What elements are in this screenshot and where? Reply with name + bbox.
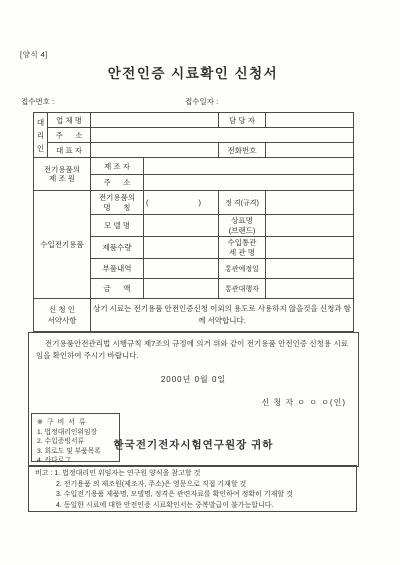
note-item: 2. 전기용품 의 제조원(제조자, 주소)은 영문으로 직접 기재할 것 [56,480,351,491]
applicant-signature: 신 청 자 ㅇ ㅇ ㅇ(인) [261,397,346,408]
model-label: 모 델 명 [91,215,144,237]
product-name-field[interactable]: ( ) [144,191,219,215]
amount-label: 금 액 [91,279,144,299]
maker-address-field[interactable] [144,175,354,191]
required-document-item: 1. 법정대리인위임장 [37,428,119,437]
receipt-number-label: 접수번호 : [21,96,54,107]
parts-label: 부품내역 [91,259,144,279]
notes-prefix: 비고 : [35,470,54,477]
phone-label: 전화번호 [219,143,266,158]
quantity-label: 제품수량 [91,237,144,259]
scanned-form-page: [양식 4] 안전인증 시료확인 신청서 접수번호 : 접수일자 : 대 리 인… [0,0,400,565]
declaration-box: 전기용품안전관리법 시행규칙 제7조의 규정에 의거 위와 같이 전기용품 안전… [28,332,359,467]
required-documents-title: ※ 구 비 서 류 [37,417,119,427]
declaration-text: 전기용품안전관리법 시행규칙 제7조의 규정에 의거 위와 같이 전기용품 안전… [36,338,348,362]
form-number-tag: [양식 4] [20,49,48,60]
quantity-field[interactable] [144,237,219,259]
note-item: 비고 : 1. 법정대리인 위임자는 연구원 양식을 참고할 것 [35,469,351,480]
maker-name-label: 제 조 자 [91,158,144,175]
recipient-line: 한국전기전자시험연구원장 귀하 [29,437,358,452]
phone-field[interactable] [266,143,354,158]
clearance-date-field[interactable] [266,259,354,279]
import-group-label: 수입전기용품 [34,191,91,299]
note-item: 3. 수입전기용품 제품명, 모델명, 정격은 관련자료를 확인하여 정확히 기… [56,490,351,501]
agent-address-field[interactable] [91,128,354,143]
ceo-label: 대 표 자 [48,143,91,158]
rating-field[interactable] [266,191,354,215]
main-form-table: 대 리 인 업 체 명 담 당 자 주 소 대 표 자 전화번호 전기용품의 제… [33,112,354,332]
product-name-label: 전기용품의 명 칭 [91,191,144,215]
customs-office-label: 수입통관 세 관 명 [219,237,266,259]
clearance-date-label: 통관예정일 [219,259,266,279]
brand-label: 상표명 (브랜드) [219,215,266,237]
company-name-field[interactable] [91,113,219,128]
maker-group-label: 전기용품의 제 조 원 [34,158,91,191]
amount-field[interactable] [144,279,219,299]
note-item: 4. 동일한 시료에 대한 안전인증 시료확인서는 중복발급이 불가능합니다. [56,501,351,512]
customs-agent-label: 통관대행자 [219,279,266,299]
required-document-item: 4. 카다로그 [37,456,119,465]
customs-agent-field[interactable] [266,279,354,299]
manager-field[interactable] [266,113,354,128]
receipt-date-label: 접수일자 : [185,96,218,107]
maker-address-label: 주 소 [91,175,144,191]
rating-label: 정 격(규격) [219,191,266,215]
parts-field[interactable] [144,259,219,279]
agent-group-label: 대 리 인 [34,113,48,158]
declaration-date: 2000년 0월 0일 [29,374,358,385]
notes-box: 비고 : 1. 법정대리인 위임자는 연구원 양식을 참고할 것 2. 전기용품… [28,465,357,512]
brand-field[interactable] [266,215,354,237]
pledge-text: 상기 시료는 전기용품 안전인증신청 이외의 용도로 사용하지 않을것을 신청과… [91,299,354,332]
company-name-label: 업 체 명 [48,113,91,128]
ceo-field[interactable] [91,143,219,158]
customs-office-field[interactable] [266,237,354,259]
manager-label: 담 당 자 [219,113,266,128]
agent-address-label: 주 소 [48,128,91,143]
model-field[interactable] [144,215,219,237]
page-title: 안전인증 시료확인 신청서 [33,62,353,82]
maker-name-field[interactable] [144,158,354,175]
pledge-label: 신 청 인 서약사항 [34,299,91,332]
